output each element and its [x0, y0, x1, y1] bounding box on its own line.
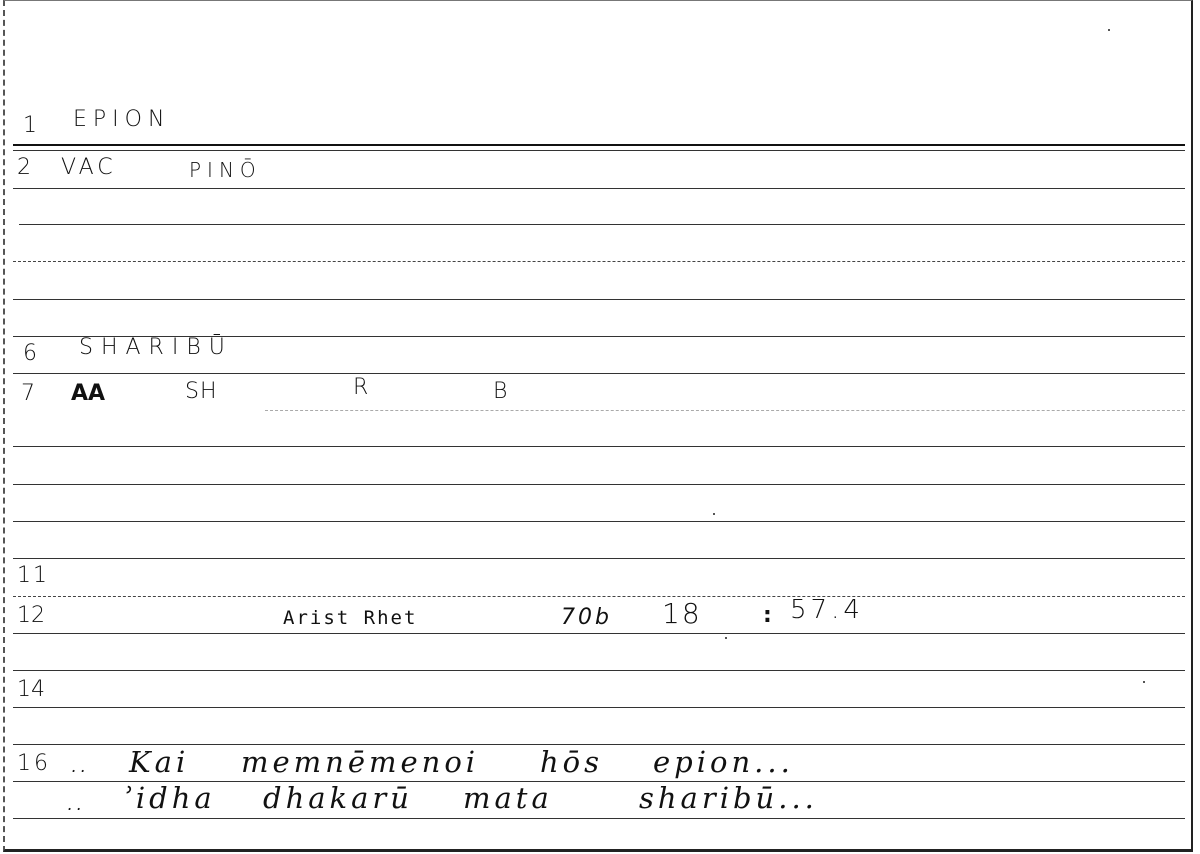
arabic-context-word: ʾidha [123, 781, 216, 815]
bekker-page: 70b [561, 605, 612, 630]
ruled-line [13, 818, 1185, 819]
index-card: 1 EPION 2 VAC PINŌ 6 SHARIBŪ 7 AA SH R B… [3, 0, 1193, 852]
ellipsis-mark: .. [67, 795, 85, 814]
ruled-line [13, 299, 1185, 300]
ruled-line [13, 446, 1185, 447]
ruled-line [13, 261, 1185, 262]
source-reference: Arist Rhet [283, 607, 417, 629]
ruled-line [13, 670, 1185, 671]
scan-speck [725, 637, 727, 639]
ruled-line [13, 188, 1185, 189]
line-number: 11 [17, 563, 49, 588]
ruled-line [13, 484, 1185, 485]
ruled-line [13, 373, 1185, 374]
ruled-line [13, 521, 1185, 522]
vocalization-label: VAC [61, 155, 117, 180]
scan-speck [1108, 29, 1110, 31]
greek-context-word: hōs [540, 745, 603, 779]
arabic-context-word: sharibū... [639, 781, 818, 815]
arabic-page-line: 57.4 [790, 595, 864, 625]
root-letter-sh: SH [185, 379, 218, 404]
struck-field: AA [71, 381, 105, 406]
root-letter-b: B [493, 379, 513, 404]
headword-greek: EPION [73, 107, 170, 132]
headword-arabic-transliteration: SHARIBŪ [79, 335, 233, 360]
greek-context-word: Kai [129, 745, 189, 779]
arabic-context-word: dhakarū [263, 781, 413, 815]
vocalized-form: PINŌ [189, 158, 262, 182]
ellipsis-mark: .. [71, 757, 89, 776]
greek-context-word: memnēmenoi [241, 745, 479, 779]
line-number: 14 [17, 677, 45, 702]
line-number: 1 [23, 113, 37, 138]
ruled-line [13, 596, 1185, 597]
ruled-line [13, 633, 1185, 634]
line-number: 12 [17, 603, 45, 628]
ruled-line [13, 558, 1185, 559]
arabic-context-word: mata [463, 781, 553, 815]
ruled-line [13, 707, 1185, 708]
scan-speck [1143, 681, 1145, 683]
separator: : [763, 603, 772, 628]
line-number: 6 [23, 341, 37, 366]
line-number: 7 [21, 381, 35, 406]
line-number: 16 [17, 751, 51, 776]
scan-speck [713, 513, 715, 515]
greek-context-word: epion... [653, 745, 794, 779]
bekker-line: 18 [662, 597, 702, 630]
line-number: 2 [17, 155, 31, 180]
ruled-line [13, 144, 1185, 146]
ruled-line [13, 150, 1185, 151]
root-letter-r: R [353, 375, 374, 400]
ruled-line [265, 410, 1185, 411]
ruled-line [19, 224, 1185, 225]
